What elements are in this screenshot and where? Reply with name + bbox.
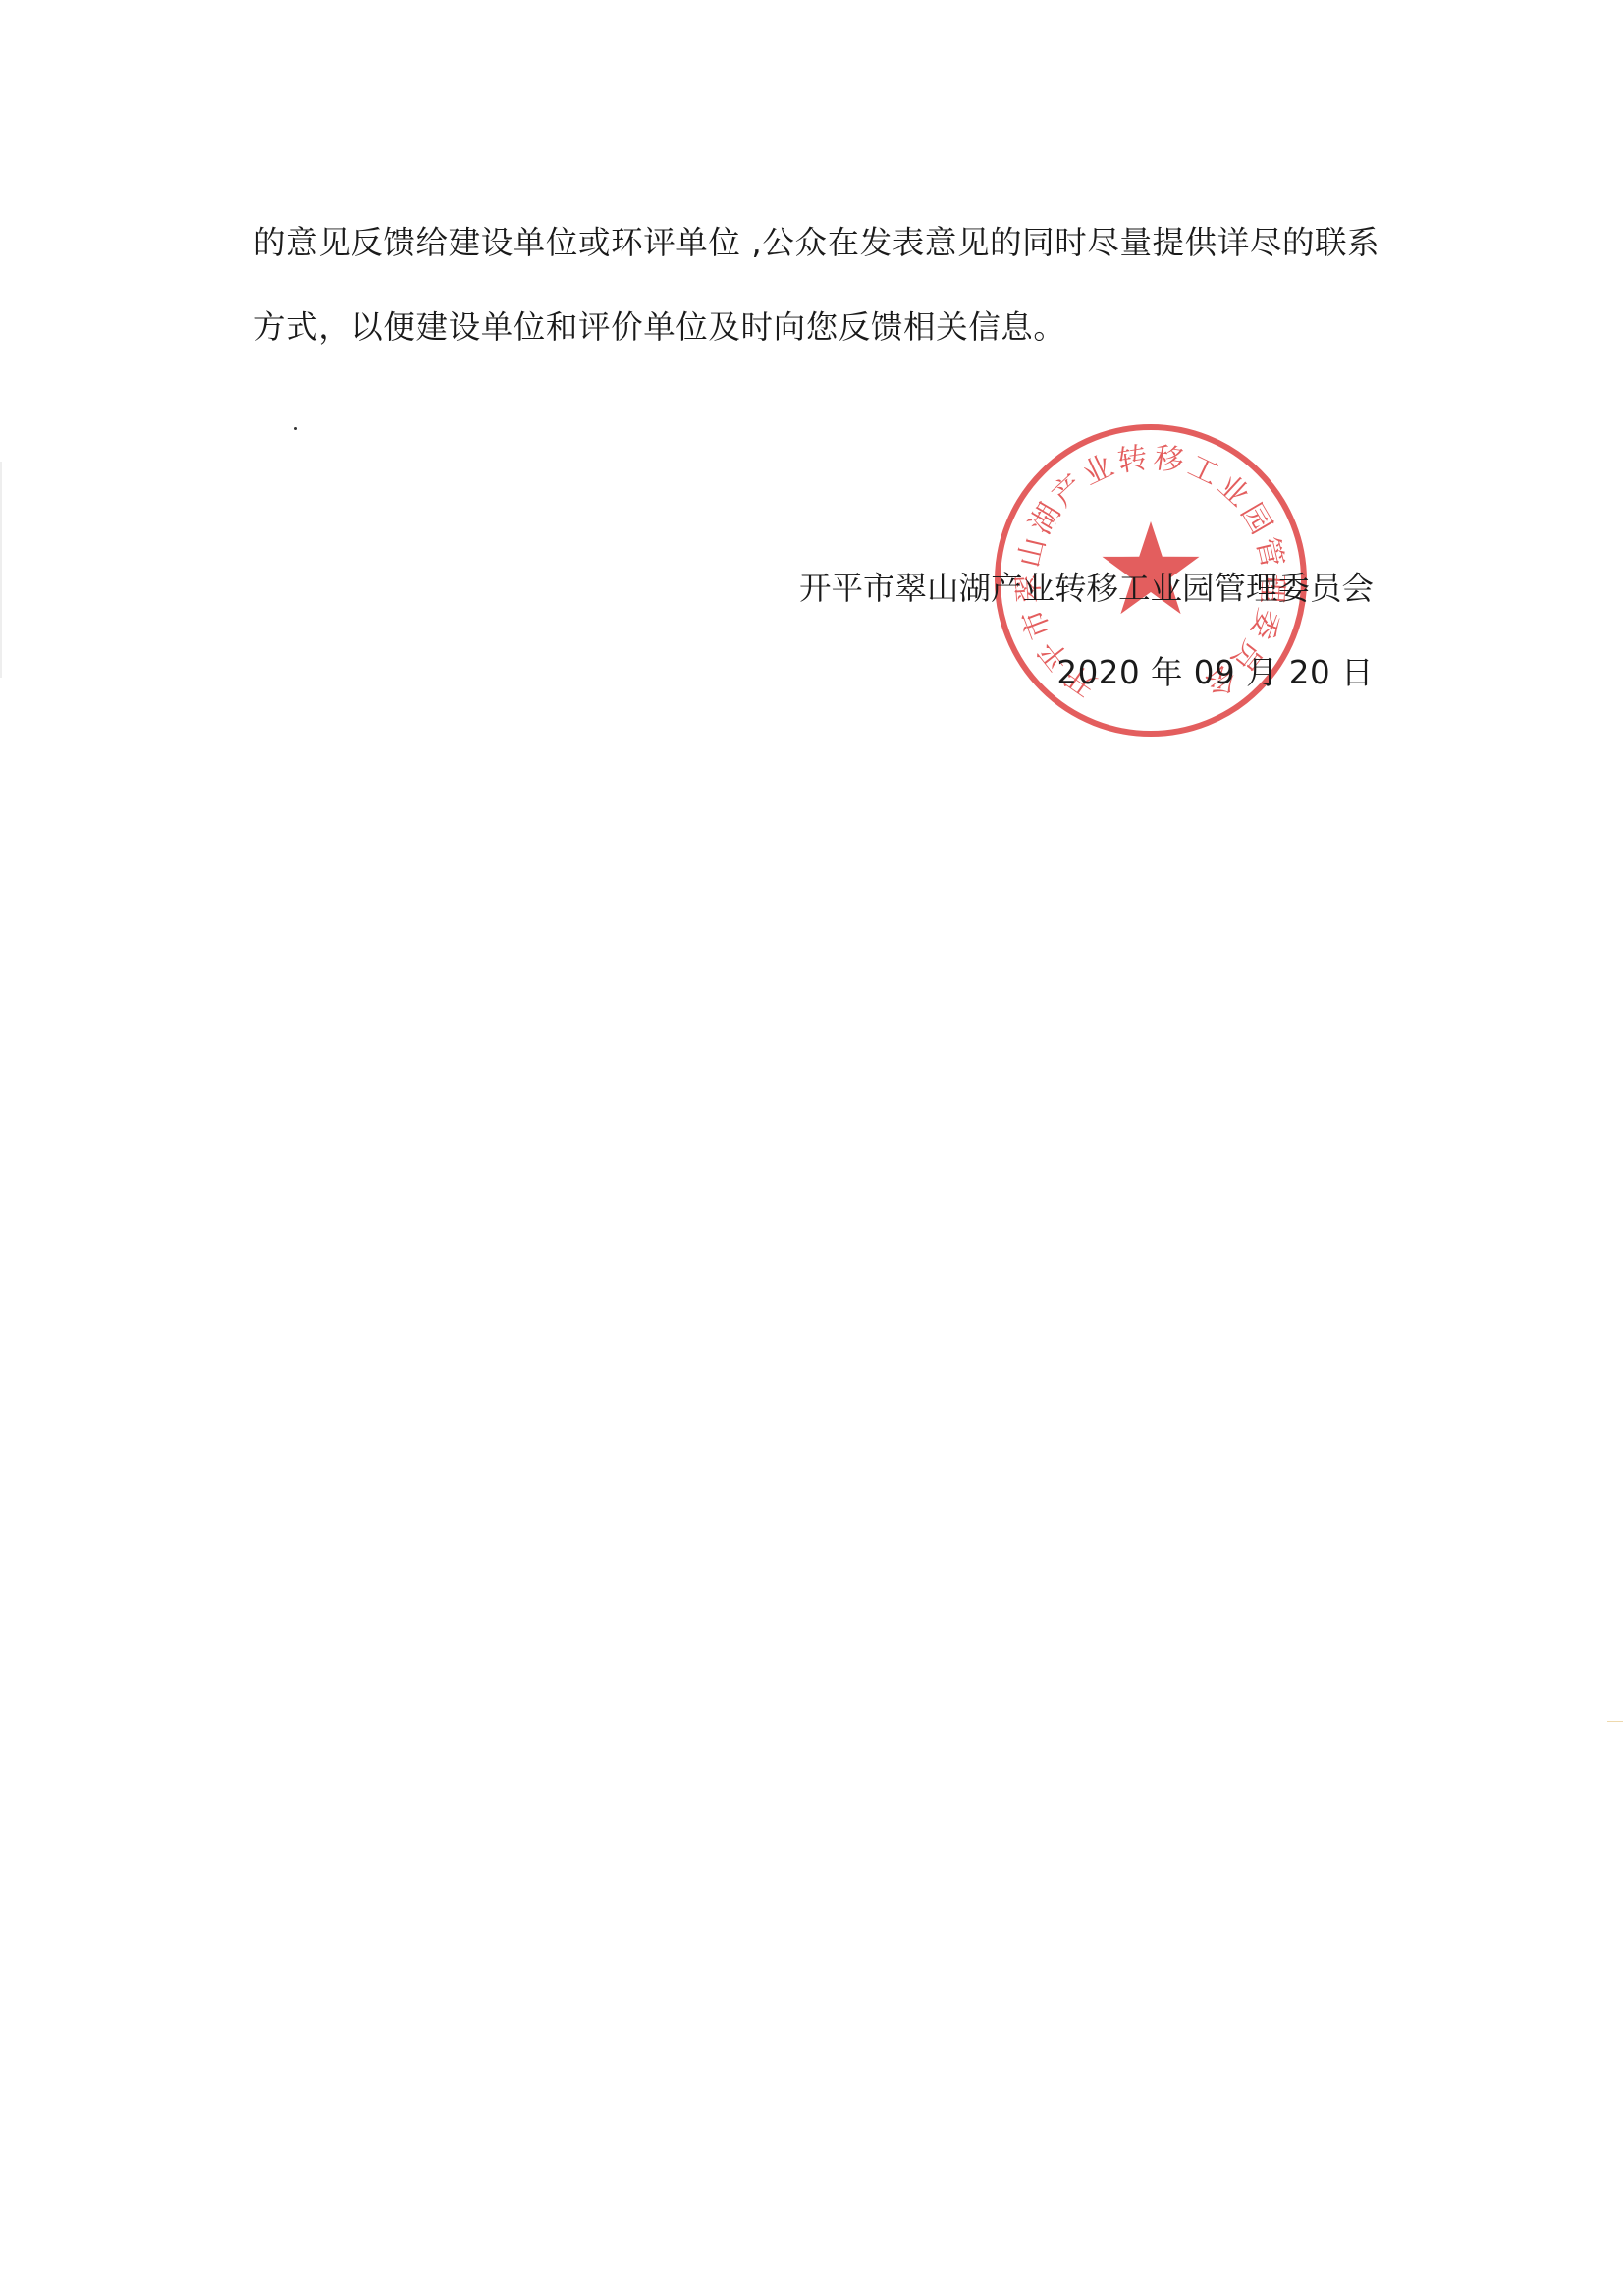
paragraph-line-1: 的意见反馈给建设单位或环评单位 ,公众在发表意见的同时尽量提供详尽的联系 bbox=[253, 223, 1380, 262]
signing-date: 2020 年 09 月 20 日 bbox=[1056, 653, 1374, 692]
scan-edge-shadow bbox=[0, 462, 2, 678]
paragraph-line-2: 方式，以便建设单位和评价单位及时向您反馈相关信息。 bbox=[253, 307, 1066, 347]
stamp-arc-char: 管 bbox=[1249, 534, 1289, 571]
stamp-arc-char: 转 bbox=[1115, 441, 1150, 479]
stamp-arc-char: 山 bbox=[1012, 534, 1053, 571]
document-page: 的意见反馈给建设单位或环评单位 ,公众在发表意见的同时尽量提供详尽的联系 方式，… bbox=[0, 0, 1623, 2296]
scan-speck bbox=[294, 427, 297, 430]
stamp-arc-char: 市 bbox=[1015, 604, 1057, 644]
scan-artifact bbox=[1607, 1721, 1623, 1722]
signing-organization: 开平市翠山湖产业转移工业园管理委员会 bbox=[799, 569, 1374, 608]
stamp-arc-char: 移 bbox=[1152, 441, 1186, 479]
